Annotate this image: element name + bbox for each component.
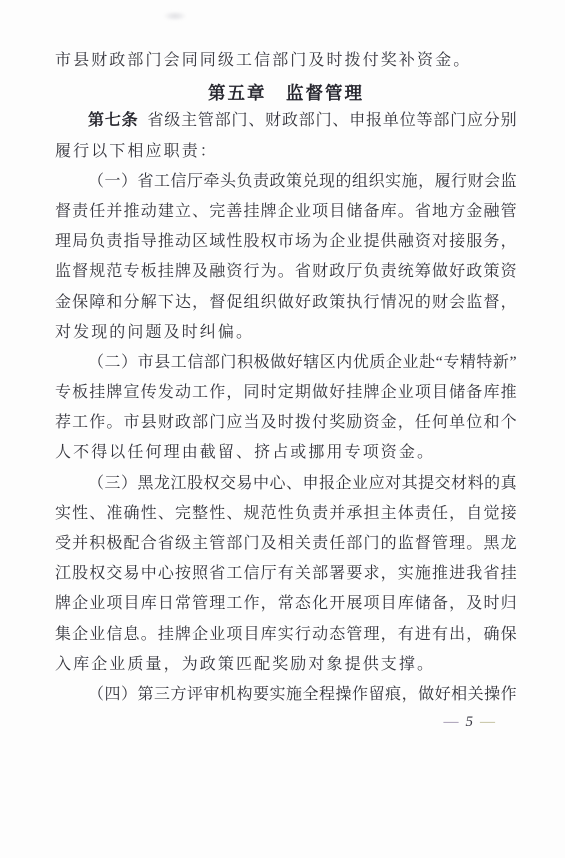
document-lines: 市县财政部门会同同级工信部门及时拨付奖补资金。第五章 监督管理第七条省级主管部门… [55,46,517,710]
page-number-dash-left: — [444,711,459,733]
article-number-label: 第七条 [88,112,138,129]
list-item-line: （一）省工信厅牵头负责政策兑现的组织实施，履行财会监 [55,167,517,197]
article-line: 第七条省级主管部门、财政部门、申报单位等部门应分别 [55,106,517,136]
document-page: 市县财政部门会同同级工信部门及时拨付奖补资金。第五章 监督管理第七条省级主管部门… [0,0,565,858]
chapter-heading: 第五章 监督管理 [55,78,517,108]
list-item-line: （四）第三方评审机构要实施全程操作留痕，做好相关操作 [55,680,517,710]
body-line: 履行以下相应职责： [55,137,517,167]
body-line: 入库企业质量，为政策匹配奖励对象提供支撑。 [55,650,517,680]
list-item-line: （三）黑龙江股权交易中心、申报企业应对其提交材料的真 [55,469,517,499]
body-line: 督责任并推动建立、完善挂牌企业项目储备库。省地方金融管 [55,197,517,227]
page-number: — 5 — [444,711,496,733]
body-line: 受并积极配合省级主管部门及相关责任部门的监督管理。黑龙 [55,529,517,559]
body-line: 专板挂牌宣传发动工作，同时定期做好挂牌企业项目储备库推 [55,378,517,408]
page-number-dash-right: — [480,711,495,733]
list-item-line: （二）市县工信部门积极做好辖区内优质企业赴“专精特新” [55,348,517,378]
article-text: 省级主管部门、财政部门、申报单位等部门应分别 [147,112,517,129]
body-line: 对发现的问题及时纠偏。 [55,318,517,348]
body-line: 实性、准确性、完整性、规范性负责并承担主体责任，自觉接 [55,499,517,529]
body-line: 牌企业项目库日常管理工作，常态化开展项目库储备，及时归 [55,589,517,619]
body-line: 监督规范专板挂牌及融资行为。省财政厅负责统筹做好政策资 [55,257,517,287]
body-line: 江股权交易中心按照省工信厅有关部署要求，实施推进我省挂 [55,559,517,589]
scan-smudge [163,11,187,21]
page-number-value: 5 [466,711,474,733]
body-line: 理局负责指导推动区域性股权市场为企业提供融资对接服务， [55,227,517,257]
body-line: 市县财政部门会同同级工信部门及时拨付奖补资金。 [55,46,517,76]
body-line: 荐工作。市县财政部门应当及时拨付奖励资金，任何单位和个 [55,408,517,438]
body-line: 人不得以任何理由截留、挤占或挪用专项资金。 [55,438,517,468]
body-line: 金保障和分解下达，督促组织做好政策执行情况的财会监督， [55,288,517,318]
body-line: 集企业信息。挂牌企业项目库实行动态管理，有进有出，确保 [55,620,517,650]
